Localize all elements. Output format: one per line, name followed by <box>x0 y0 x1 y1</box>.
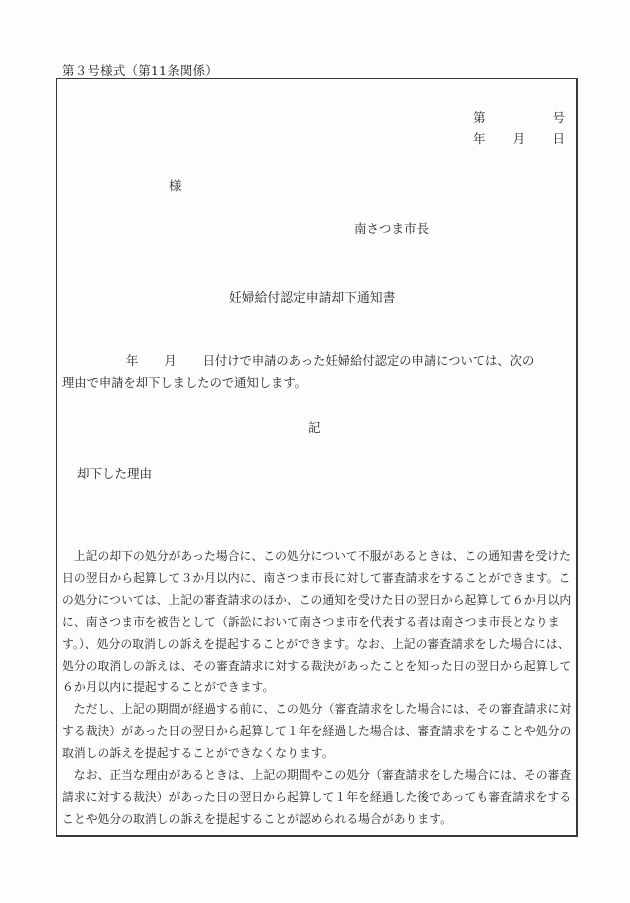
body-line1-text: 日付けで申請のあった妊婦給付認定の申請については、次の <box>203 354 535 368</box>
appeal-notice: 上記の却下の処分があった場合に、この処分について不服があるときは、この通知書を受… <box>62 546 574 831</box>
body-line-1: 年月日付けで申請のあった妊婦給付認定の申請については、次の <box>62 351 574 373</box>
issue-date-month: 月 <box>513 129 526 147</box>
notice-paragraph-3: なお、正当な理由があるときは、上記の期間やこの処分（審査請求をした場合には、その… <box>62 765 574 831</box>
notice-paragraph-1: 上記の却下の処分があった場合に、この処分について不服があるときは、この通知書を受… <box>62 546 574 699</box>
body-year: 年 <box>126 354 138 368</box>
issue-date-day: 日 <box>552 129 565 147</box>
form-number-label: 第３号様式（第11条関係） <box>62 61 218 79</box>
reason-value <box>77 490 567 530</box>
issue-date-row: 年 月 日 <box>473 129 565 147</box>
body-paragraph: 年月日付けで申請のあった妊婦給付認定の申請については、次の 理由で申請を却下しま… <box>62 351 574 394</box>
document-title: 妊婦給付認定申請却下通知書 <box>229 287 395 306</box>
recipient-honorific: 様 <box>169 176 182 194</box>
body-line-2: 理由で申請を却下しましたので通知します。 <box>62 373 574 395</box>
body-month: 月 <box>164 354 176 368</box>
issuer-name: 南さつま市長 <box>354 219 429 237</box>
document-number-prefix: 第 <box>473 108 486 126</box>
document-number-suffix: 号 <box>552 108 565 126</box>
document-number-row: 第 号 <box>473 108 565 126</box>
ki-heading: 記 <box>308 418 321 436</box>
issue-date-year: 年 <box>473 129 486 147</box>
notice-paragraph-2: ただし、上記の期間が経過する前に、この処分（審査請求をした場合には、その審査請求… <box>62 699 574 765</box>
reason-label: 却下した理由 <box>77 464 152 482</box>
